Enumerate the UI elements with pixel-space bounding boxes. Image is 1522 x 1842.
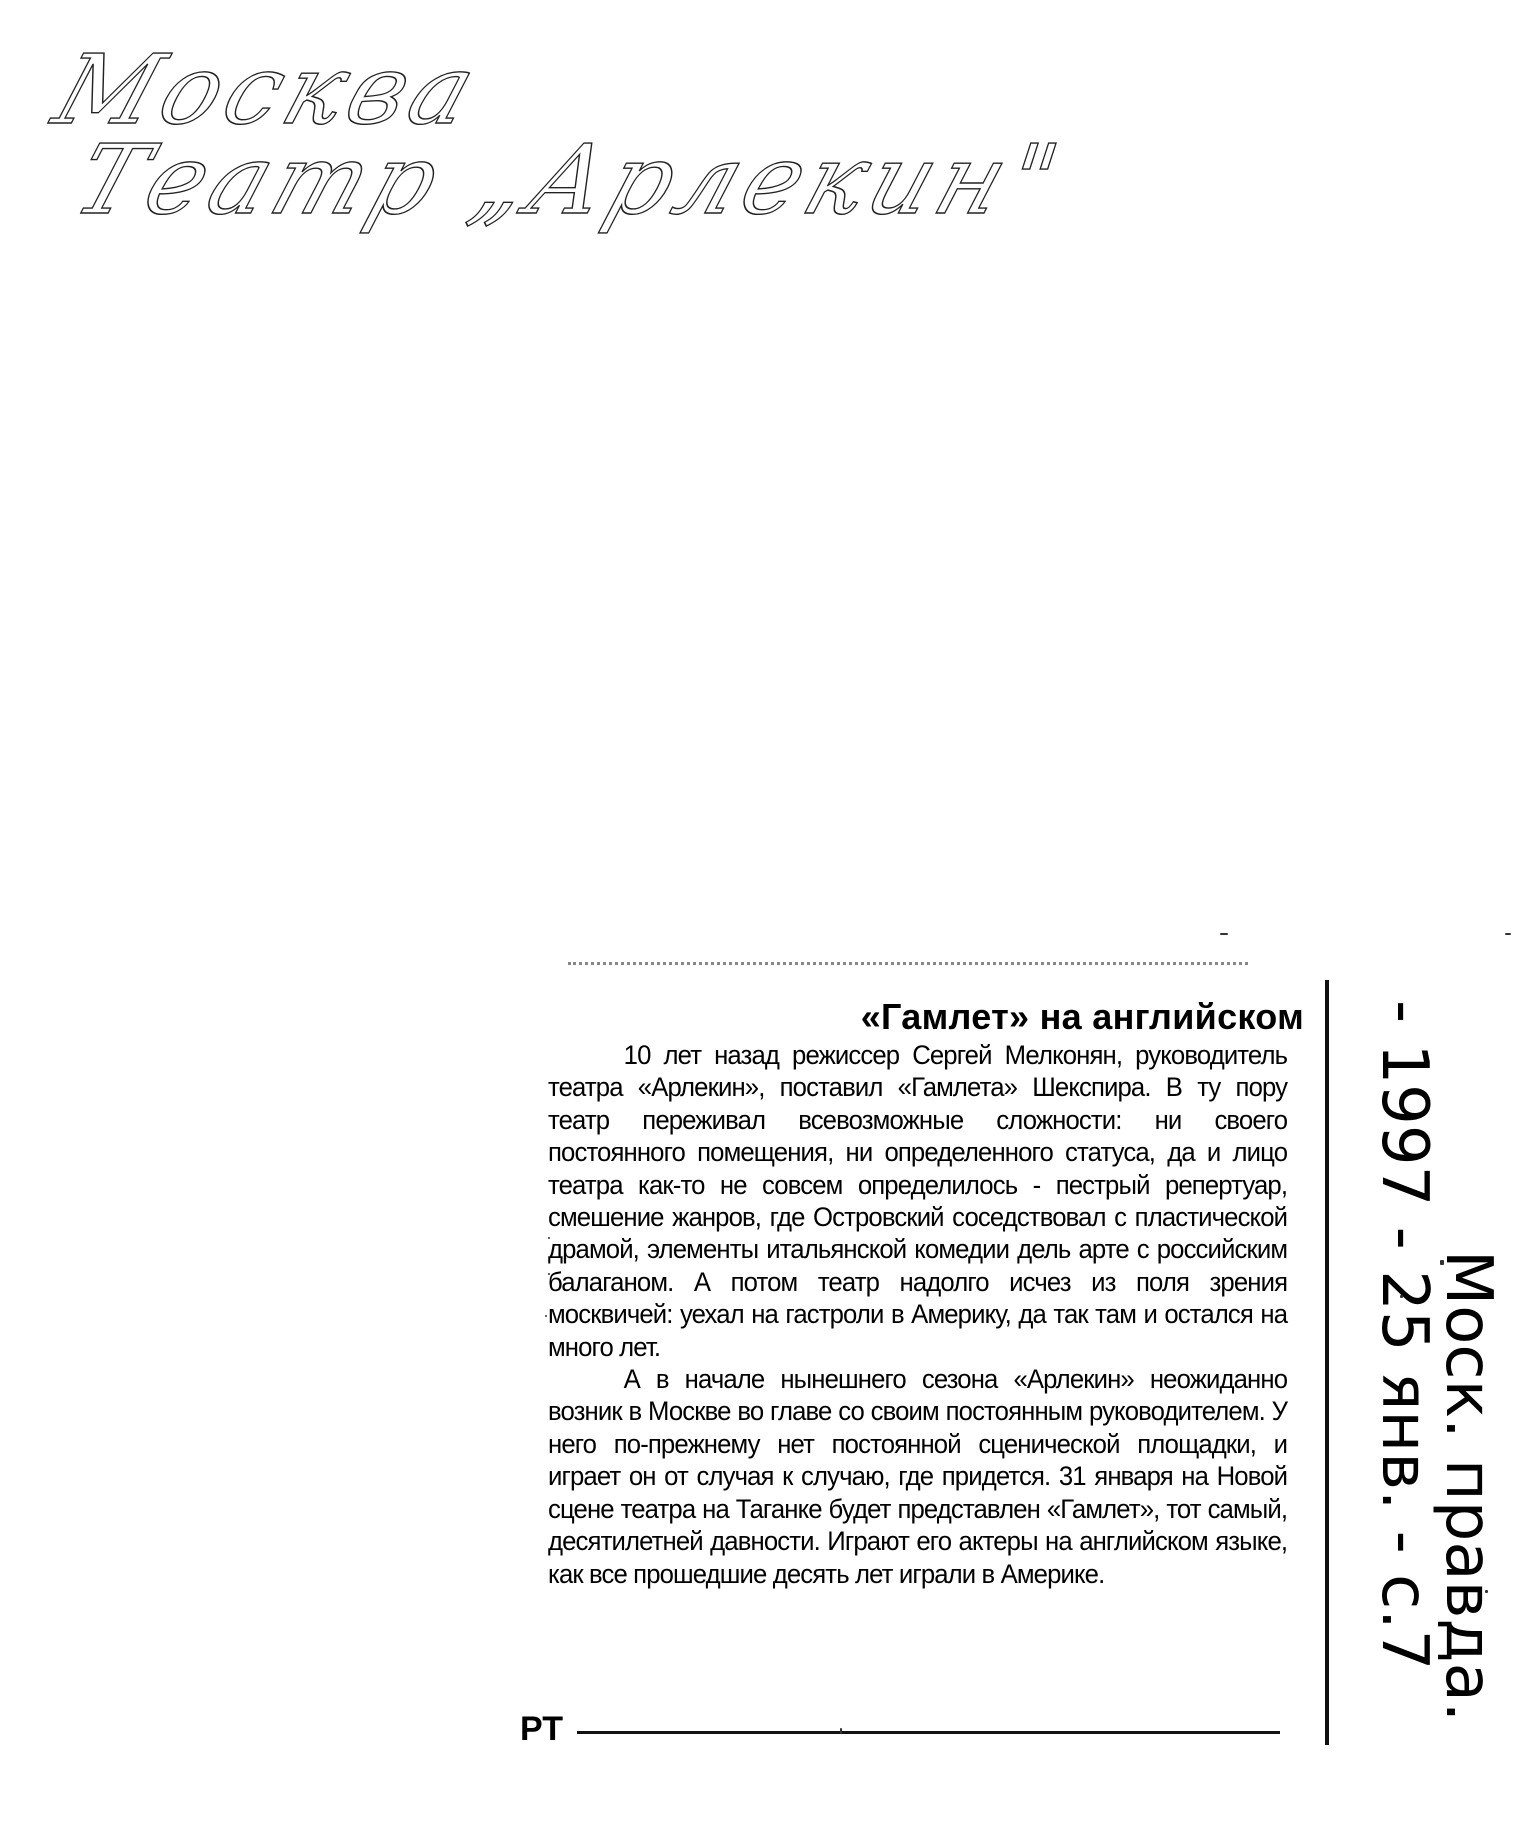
scan-speck bbox=[548, 1273, 550, 1275]
scan-speck bbox=[548, 1237, 550, 1239]
handwritten-theatre-note: Театр „Арлекин" bbox=[64, 130, 1076, 230]
article-body: 10 лет назад режиссер Сергей Мелконян, р… bbox=[548, 1039, 1287, 1590]
source-publication: Моск. правда. bbox=[1436, 1000, 1500, 1740]
scan-speck bbox=[545, 1315, 547, 1317]
next-section-header: РТ bbox=[520, 1714, 1280, 1744]
column-divider bbox=[1325, 980, 1329, 1745]
scan-speck bbox=[1505, 933, 1511, 935]
scan-speck bbox=[1220, 933, 1228, 935]
scan-speck bbox=[1440, 1260, 1444, 1265]
next-section-label: РТ bbox=[520, 1714, 563, 1744]
article-paragraph: 10 лет назад режиссер Сергей Мелконян, р… bbox=[548, 1039, 1287, 1363]
source-date-page: - 1997 - 25 янв. - с.7 bbox=[1372, 1000, 1436, 1740]
newspaper-clipping: «Гамлет» на английском 10 лет назад режи… bbox=[548, 960, 1310, 1590]
torn-edge-noise bbox=[568, 962, 1248, 987]
article-headline: «Гамлет» на английском bbox=[548, 995, 1304, 1039]
section-divider bbox=[577, 1731, 1280, 1734]
source-annotation: Моск. правда. - 1997 - 25 янв. - с.7 bbox=[1350, 1000, 1500, 1740]
scan-speck bbox=[1485, 1590, 1488, 1593]
article-paragraph: А в начале нынешнего сезона «Арлекин» не… bbox=[548, 1363, 1287, 1590]
scan-speck bbox=[840, 1728, 842, 1734]
scan-speck bbox=[1400, 1295, 1403, 1298]
